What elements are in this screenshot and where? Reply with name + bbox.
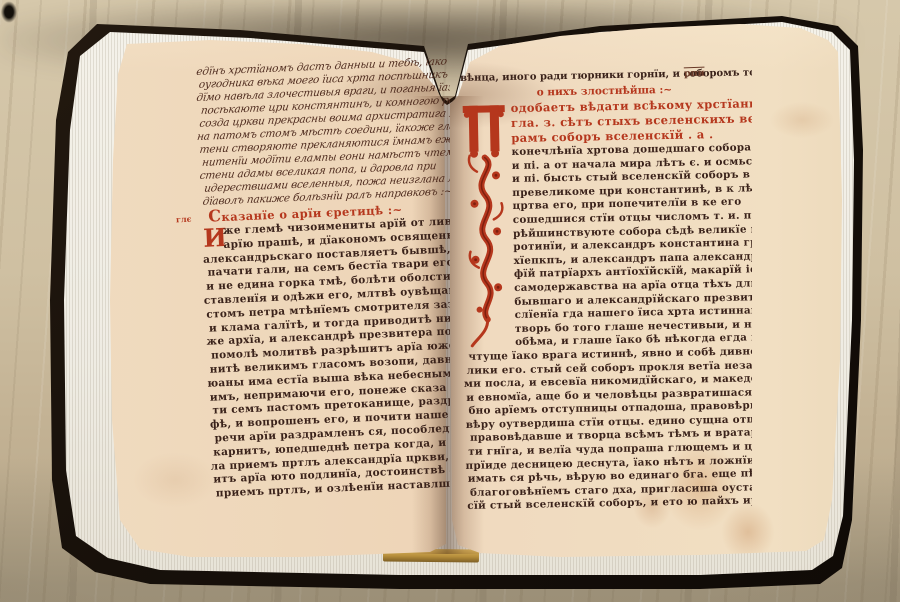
red-initial-i: И	[203, 225, 224, 253]
left-page-text: едїнъ хрстїаномъ дастъ данныи и тебѣ, їа…	[196, 58, 450, 502]
gutter-shadow	[0, 96, 900, 554]
left-page-text-area: едїнъ хрстїаномъ дастъ данныи и тебѣ, їа…	[188, 58, 450, 510]
ornate-initial-p	[461, 101, 512, 350]
left-body-lines: же глемѣ чизоимениты арїй от ливѣа колеа…	[203, 215, 450, 501]
spine-notch	[0, 0, 18, 24]
left-cursive-block: едїнъ хрстїаномъ дастъ данныи и тебѣ, їа…	[196, 58, 450, 209]
left-body-block: И же глемѣ чизоимениты арїй от ливѣа кол…	[203, 215, 450, 501]
photo-open-manuscript-book: едїнъ хрстїаномъ дастъ данныи и тебѣ, їа…	[0, 0, 900, 602]
right-page-text-area: вѣнца, иного ради тюрники горнїи, и собо…	[452, 64, 752, 526]
heading-initial: С	[208, 206, 222, 226]
page-number-value: рпи	[684, 68, 705, 80]
right-page-text: вѣнца, иного ради тюрники горнїи, и собо…	[460, 66, 752, 513]
red-margin-mark: глє	[176, 214, 192, 225]
page-number: рпи	[684, 68, 705, 80]
